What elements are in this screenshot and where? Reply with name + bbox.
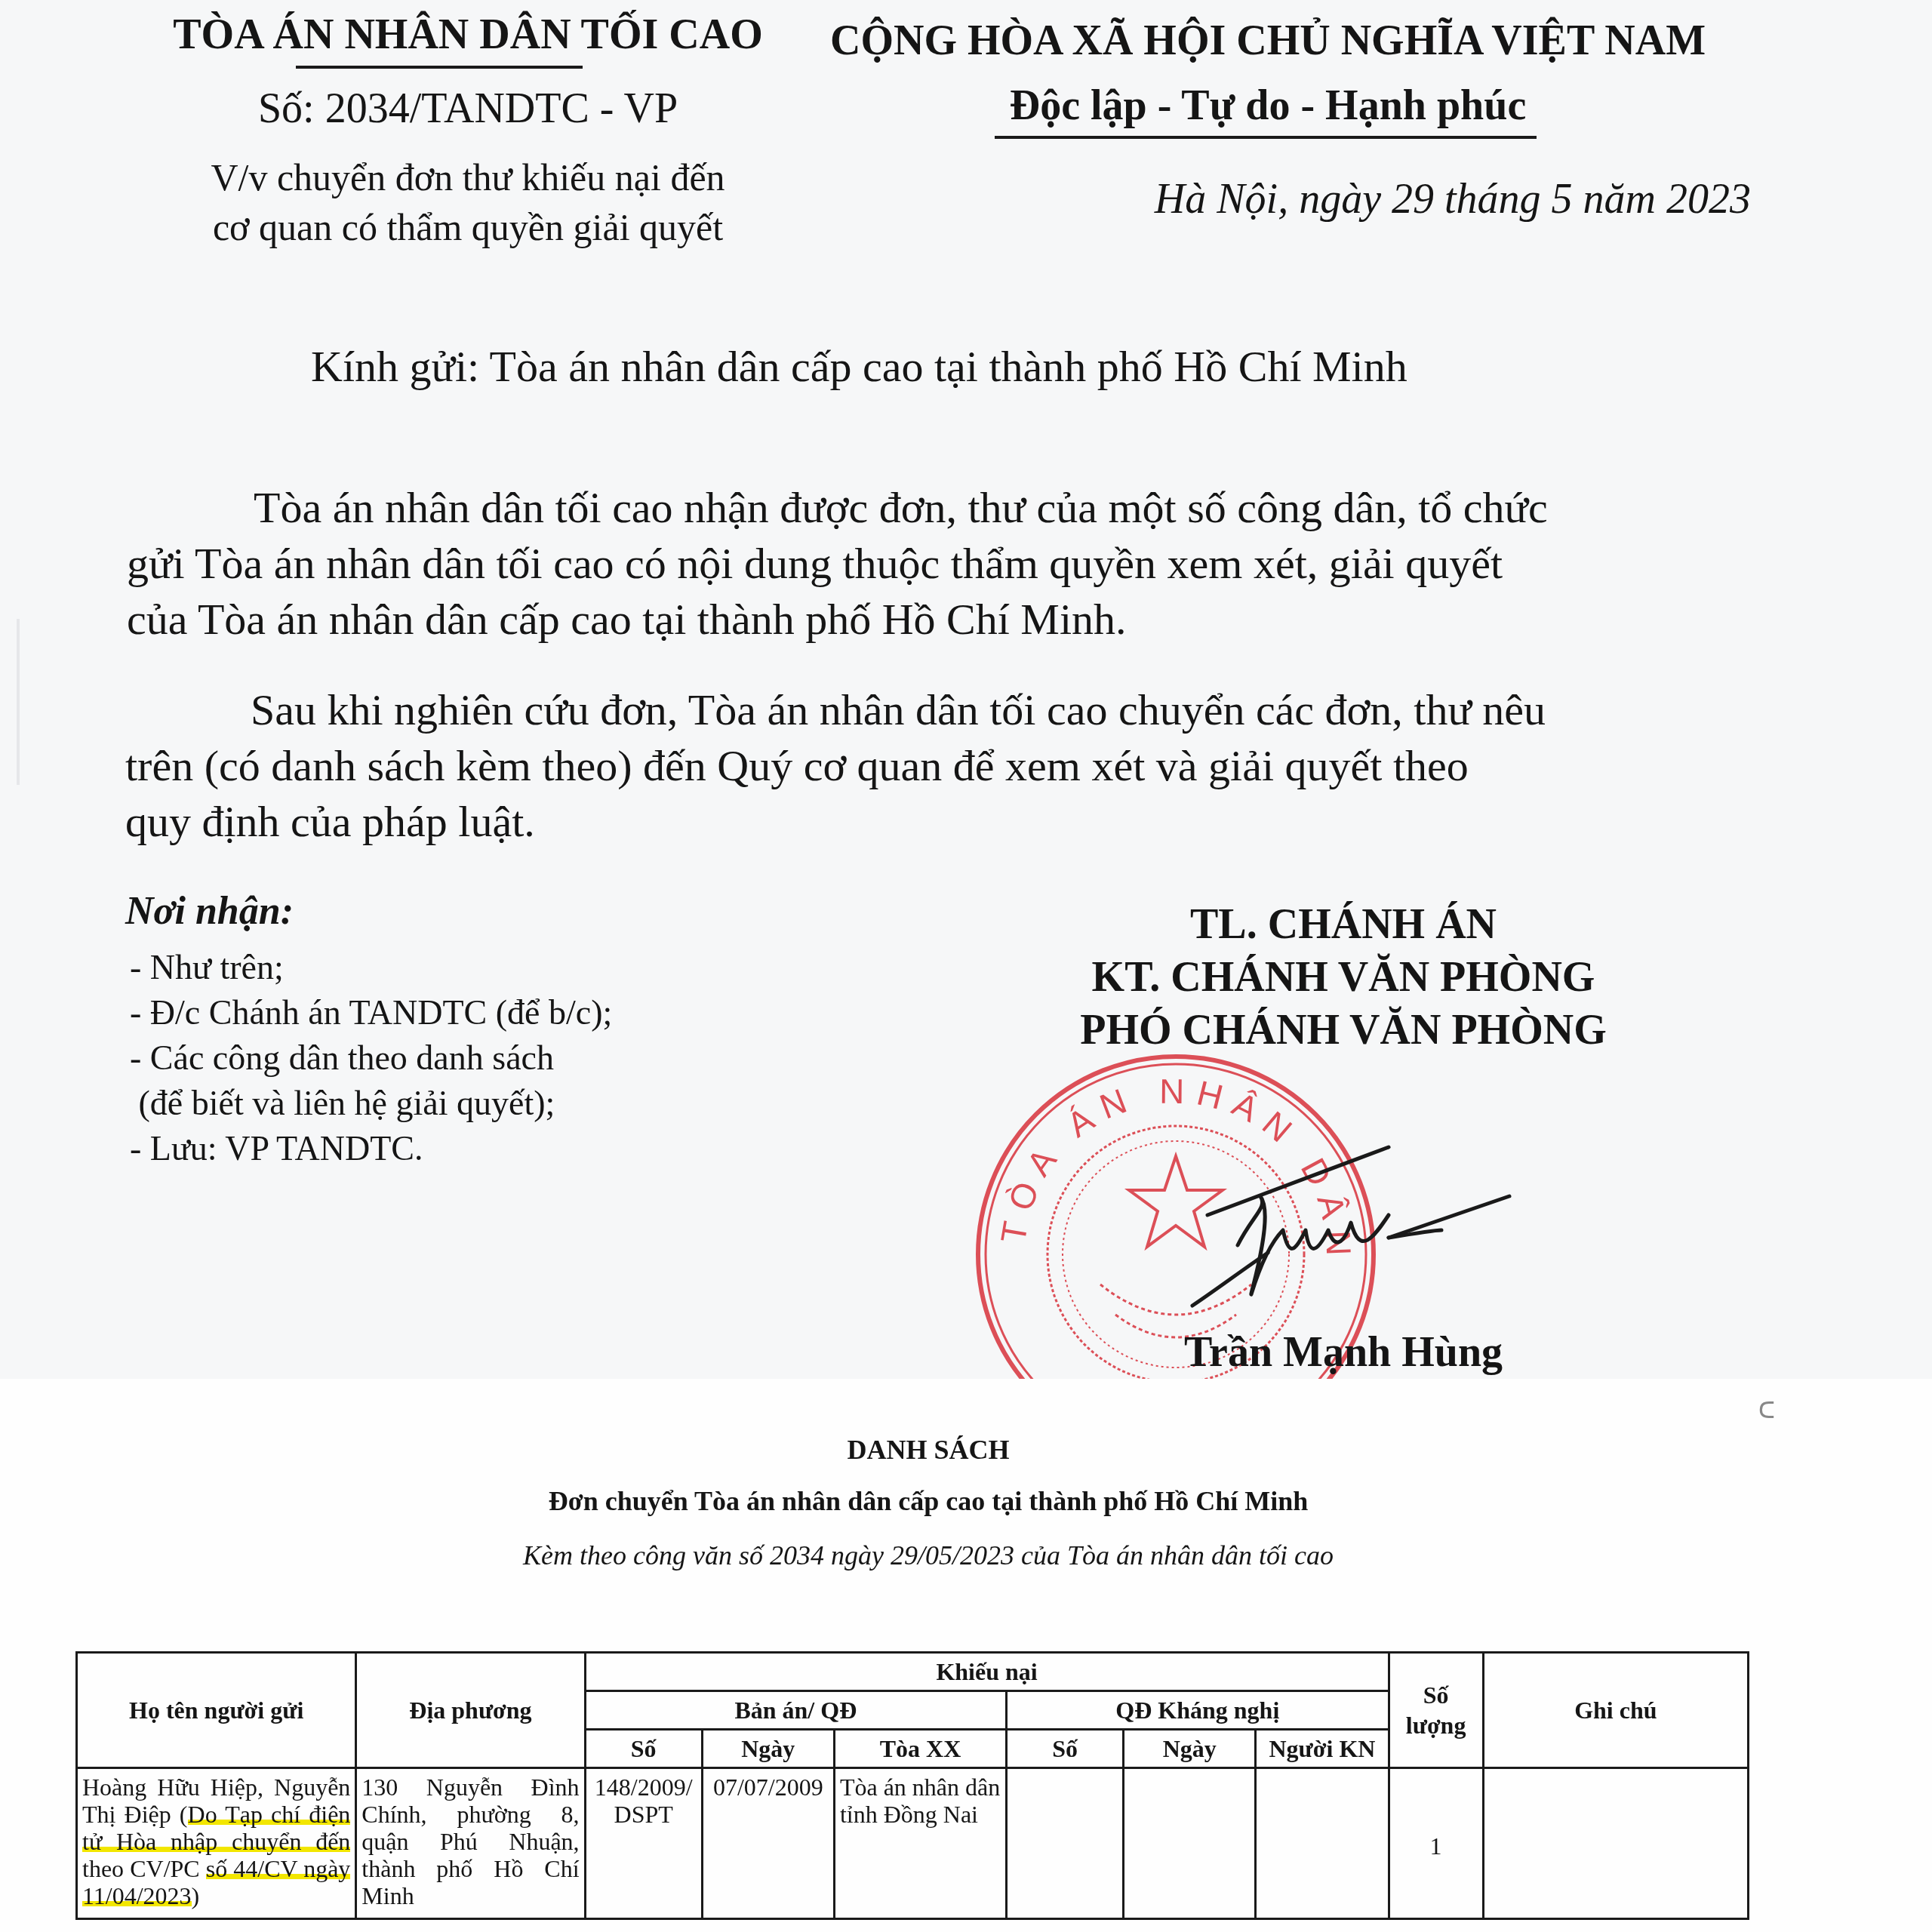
addressee: Kính gửi: Tòa án nhân dân cấp cao tại th…: [311, 341, 1594, 392]
issuer-underline: [296, 66, 583, 69]
sender-text: ): [192, 1882, 200, 1909]
cell-judgment-date: 07/07/2009: [702, 1768, 834, 1919]
header-locality: Địa phương: [356, 1653, 585, 1768]
header-judgment-court: Tòa XX: [834, 1730, 1006, 1768]
list-subtitle: Đơn chuyển Tòa án nhân dân cấp cao tại t…: [438, 1485, 1419, 1517]
header-protest-number: Số: [1007, 1730, 1124, 1768]
header-protester: Người KN: [1256, 1730, 1389, 1768]
table-row: Hoàng Hữu Hiệp, Nguyễn Thị Điệp (Do Tạp …: [77, 1768, 1749, 1919]
list-title: DANH SÁCH: [438, 1434, 1419, 1466]
subject-line: V/v chuyển đơn thư khiếu nại đến: [151, 152, 785, 202]
motto-underline: [995, 136, 1537, 139]
recipients-title: Nơi nhận:: [125, 889, 294, 934]
cell-judgment-court: Tòa án nhân dân tỉnh Đồng Nai: [834, 1768, 1006, 1919]
issuer-name: TÒA ÁN NHÂN DÂN TỐI CAO: [158, 11, 777, 59]
cell-locality: 130 Nguyễn Đình Chính, phường 8, quận Ph…: [356, 1768, 585, 1919]
cell-protester: [1256, 1768, 1389, 1919]
cell-sender: Hoàng Hữu Hiệp, Nguyễn Thị Điệp (Do Tạp …: [77, 1768, 356, 1919]
official-letter: TÒA ÁN NHÂN DÂN TỐI CAO Số: 2034/TANDTC …: [0, 0, 1932, 1379]
body-paragraph-2: Sau khi nghiên cứu đơn, Tòa án nhân dân …: [125, 682, 1722, 850]
paragraph-line: trên (có danh sách kèm theo) đến Quý cơ …: [125, 738, 1722, 794]
header-judgment-number: Số: [585, 1730, 702, 1768]
document-number: Số: 2034/TANDTC - VP: [158, 85, 777, 133]
recipient-item: - Các công dân theo danh sách: [130, 1035, 612, 1081]
recipient-item: (để biết và liên hệ giải quyết);: [130, 1081, 612, 1126]
signer-name: Trần Mạnh Hùng: [1109, 1328, 1577, 1377]
body-paragraph-1: Tòa án nhân dân tối cao nhận được đơn, t…: [127, 480, 1724, 648]
header-note: Ghi chú: [1483, 1653, 1748, 1768]
sender-text: theo CV/PC: [82, 1855, 206, 1882]
scan-artifact: [17, 619, 20, 785]
header-judgment: Bản án/ QĐ: [585, 1691, 1006, 1730]
paragraph-line: quy định của pháp luật.: [125, 794, 1722, 850]
header-complaint: Khiếu nại: [585, 1653, 1389, 1691]
paragraph-line: Tòa án nhân dân tối cao nhận được đơn, t…: [127, 480, 1724, 536]
paragraph-line: của Tòa án nhân dân cấp cao tại thành ph…: [127, 592, 1724, 648]
national-title: CỘNG HÒA XÃ HỘI CHỦ NGHĨA VIỆT NAM: [815, 17, 1721, 65]
handwritten-signature: [1162, 1124, 1524, 1321]
recipient-item: - Đ/c Chánh án TANDTC (để b/c);: [130, 990, 612, 1035]
signature-title: TL. CHÁNH ÁN: [1026, 898, 1660, 951]
subject-line: cơ quan có thẩm quyền giải quyết: [151, 202, 785, 252]
cell-judgment-number: 148/2009/ DSPT: [585, 1768, 702, 1919]
header-protest: QĐ Kháng nghị: [1007, 1691, 1389, 1730]
cell-quantity: 1: [1389, 1768, 1483, 1919]
signature-titles: TL. CHÁNH ÁN KT. CHÁNH VĂN PHÒNG PHÓ CHÁ…: [1026, 898, 1660, 1057]
cell-protest-number: [1007, 1768, 1124, 1919]
list-attachment-note: Kèm theo công văn số 2034 ngày 29/05/202…: [423, 1540, 1434, 1571]
page-edge-mark: ᑕ: [1758, 1398, 1774, 1428]
header-protest-date: Ngày: [1124, 1730, 1256, 1768]
cell-protest-date: [1124, 1768, 1256, 1919]
cell-note: [1483, 1768, 1748, 1919]
national-motto: Độc lập - Tự do - Hạnh phúc: [860, 82, 1675, 130]
document-subject: V/v chuyển đơn thư khiếu nại đến cơ quan…: [151, 152, 785, 252]
recipient-item: - Lưu: VP TANDTC.: [130, 1126, 612, 1171]
recipient-item: - Như trên;: [130, 945, 612, 990]
signature-title: KT. CHÁNH VĂN PHÒNG: [1026, 951, 1660, 1004]
paragraph-line: gửi Tòa án nhân dân tối cao có nội dung …: [127, 536, 1724, 592]
header-sender: Họ tên người gửi: [77, 1653, 356, 1768]
signature-title: PHÓ CHÁNH VĂN PHÒNG: [1026, 1004, 1660, 1057]
paragraph-line: Sau khi nghiên cứu đơn, Tòa án nhân dân …: [125, 682, 1722, 738]
place-date: Hà Nội, ngày 29 tháng 5 năm 2023: [1072, 175, 1751, 223]
complaints-table: Họ tên người gửi Địa phương Khiếu nại Số…: [75, 1651, 1749, 1920]
recipients-list: - Như trên; - Đ/c Chánh án TANDTC (để b/…: [130, 945, 612, 1171]
header-quantity: Số lượng: [1389, 1653, 1483, 1768]
header-judgment-date: Ngày: [702, 1730, 834, 1768]
